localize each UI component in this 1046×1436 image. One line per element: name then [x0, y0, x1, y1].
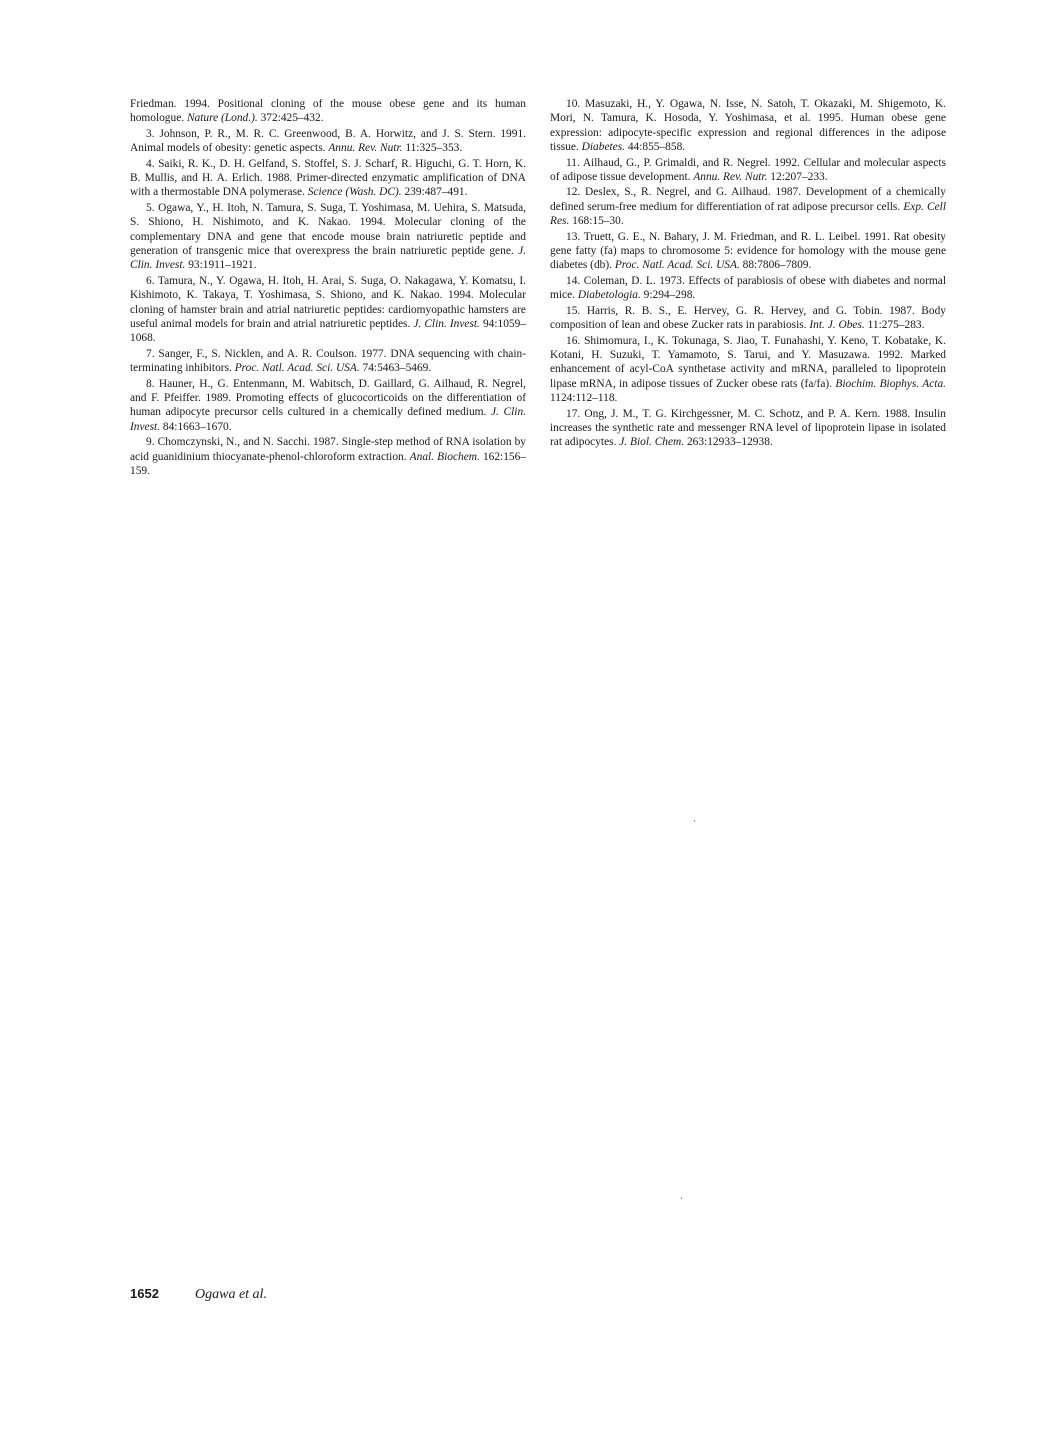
reference-11: 11. Ailhaud, G., P. Grimaldi, and R. Neg…: [550, 156, 946, 185]
reference-citation: 372:425–432.: [258, 112, 324, 124]
reference-7: 7. Sanger, F., S. Nicklen, and A. R. Cou…: [130, 347, 526, 376]
reference-citation: 84:1663–1670.: [160, 421, 232, 433]
reference-13: 13. Truett, G. E., N. Bahary, J. M. Frie…: [550, 230, 946, 273]
reference-citation: 11:325–353.: [402, 142, 462, 154]
reference-text: 8. Hauner, H., G. Entenmann, M. Wabitsch…: [130, 378, 526, 419]
reference-citation: 263:12933–12938.: [684, 436, 773, 448]
reference-citation: 93:1911–1921.: [185, 259, 256, 271]
reference-6: 6. Tamura, N., Y. Ogawa, H. Itoh, H. Ara…: [130, 274, 526, 346]
reference-16: 16. Shimomura, I., K. Tokunaga, S. Jiao,…: [550, 334, 946, 406]
reference-citation: 74:5463–5469.: [360, 362, 432, 374]
reference-9: 9. Chomczynski, N., and N. Sacchi. 1987.…: [130, 435, 526, 478]
journal-name: J. Biol. Chem.: [619, 436, 684, 448]
reference-12: 12. Deslex, S., R. Negrel, and G. Ailhau…: [550, 185, 946, 228]
journal-name: Proc. Natl. Acad. Sci. USA.: [235, 362, 360, 374]
reference-citation: 1124:112–118.: [550, 392, 617, 404]
references-left-column: Friedman. 1994. Positional cloning of th…: [130, 97, 526, 479]
reference-4: 4. Saiki, R. K., D. H. Gelfand, S. Stoff…: [130, 157, 526, 200]
journal-name: Proc. Natl. Acad. Sci. USA.: [615, 259, 740, 271]
reference-citation: 88:7806–7809.: [740, 259, 812, 271]
reference-8: 8. Hauner, H., G. Entenmann, M. Wabitsch…: [130, 377, 526, 434]
reference-15: 15. Harris, R. B. S., E. Hervey, G. R. H…: [550, 304, 946, 333]
reference-5: 5. Ogawa, Y., H. Itoh, N. Tamura, S. Sug…: [130, 201, 526, 273]
journal-name: Annu. Rev. Nutr.: [328, 142, 402, 154]
journal-name: Diabetologia.: [578, 289, 641, 301]
reference-citation: 44:855–858.: [625, 141, 685, 153]
page-footer: 1652 Ogawa et al.: [130, 1286, 267, 1303]
page-number: 1652: [130, 1286, 195, 1301]
journal-name: Annu. Rev. Nutr.: [693, 171, 767, 183]
references-right-column: 10. Masuzaki, H., Y. Ogawa, N. Isse, N. …: [550, 97, 946, 451]
reference-citation: 12:207–233.: [767, 171, 827, 183]
journal-name: Biochim. Biophys. Acta.: [835, 378, 946, 390]
journal-name: Anal. Biochem.: [410, 451, 480, 463]
reference-citation: 168:15–30.: [569, 215, 623, 227]
reference-text: 12. Deslex, S., R. Negrel, and G. Ailhau…: [550, 186, 946, 212]
reference-citation: 11:275–283.: [865, 319, 925, 331]
journal-name: Int. J. Obes.: [809, 319, 864, 331]
scan-speck: [694, 820, 695, 822]
journal-name: Diabetes.: [582, 141, 625, 153]
reference-text: 5. Ogawa, Y., H. Itoh, N. Tamura, S. Sug…: [130, 202, 526, 257]
journal-name: Nature (Lond.).: [187, 112, 258, 124]
scan-speck: [681, 1197, 682, 1199]
reference-citation: 239:487–491.: [402, 186, 468, 198]
running-author: Ogawa et al.: [195, 1287, 267, 1303]
journal-name: Science (Wash. DC).: [308, 186, 402, 198]
reference-10: 10. Masuzaki, H., Y. Ogawa, N. Isse, N. …: [550, 97, 946, 154]
reference-2-continuation: Friedman. 1994. Positional cloning of th…: [130, 97, 526, 126]
reference-citation: 9:294–298.: [641, 289, 695, 301]
reference-14: 14. Coleman, D. L. 1973. Effects of para…: [550, 274, 946, 303]
reference-17: 17. Ong, J. M., T. G. Kirchgessner, M. C…: [550, 407, 946, 450]
reference-3: 3. Johnson, P. R., M. R. C. Greenwood, B…: [130, 127, 526, 156]
journal-name: J. Clin. Invest.: [413, 318, 480, 330]
